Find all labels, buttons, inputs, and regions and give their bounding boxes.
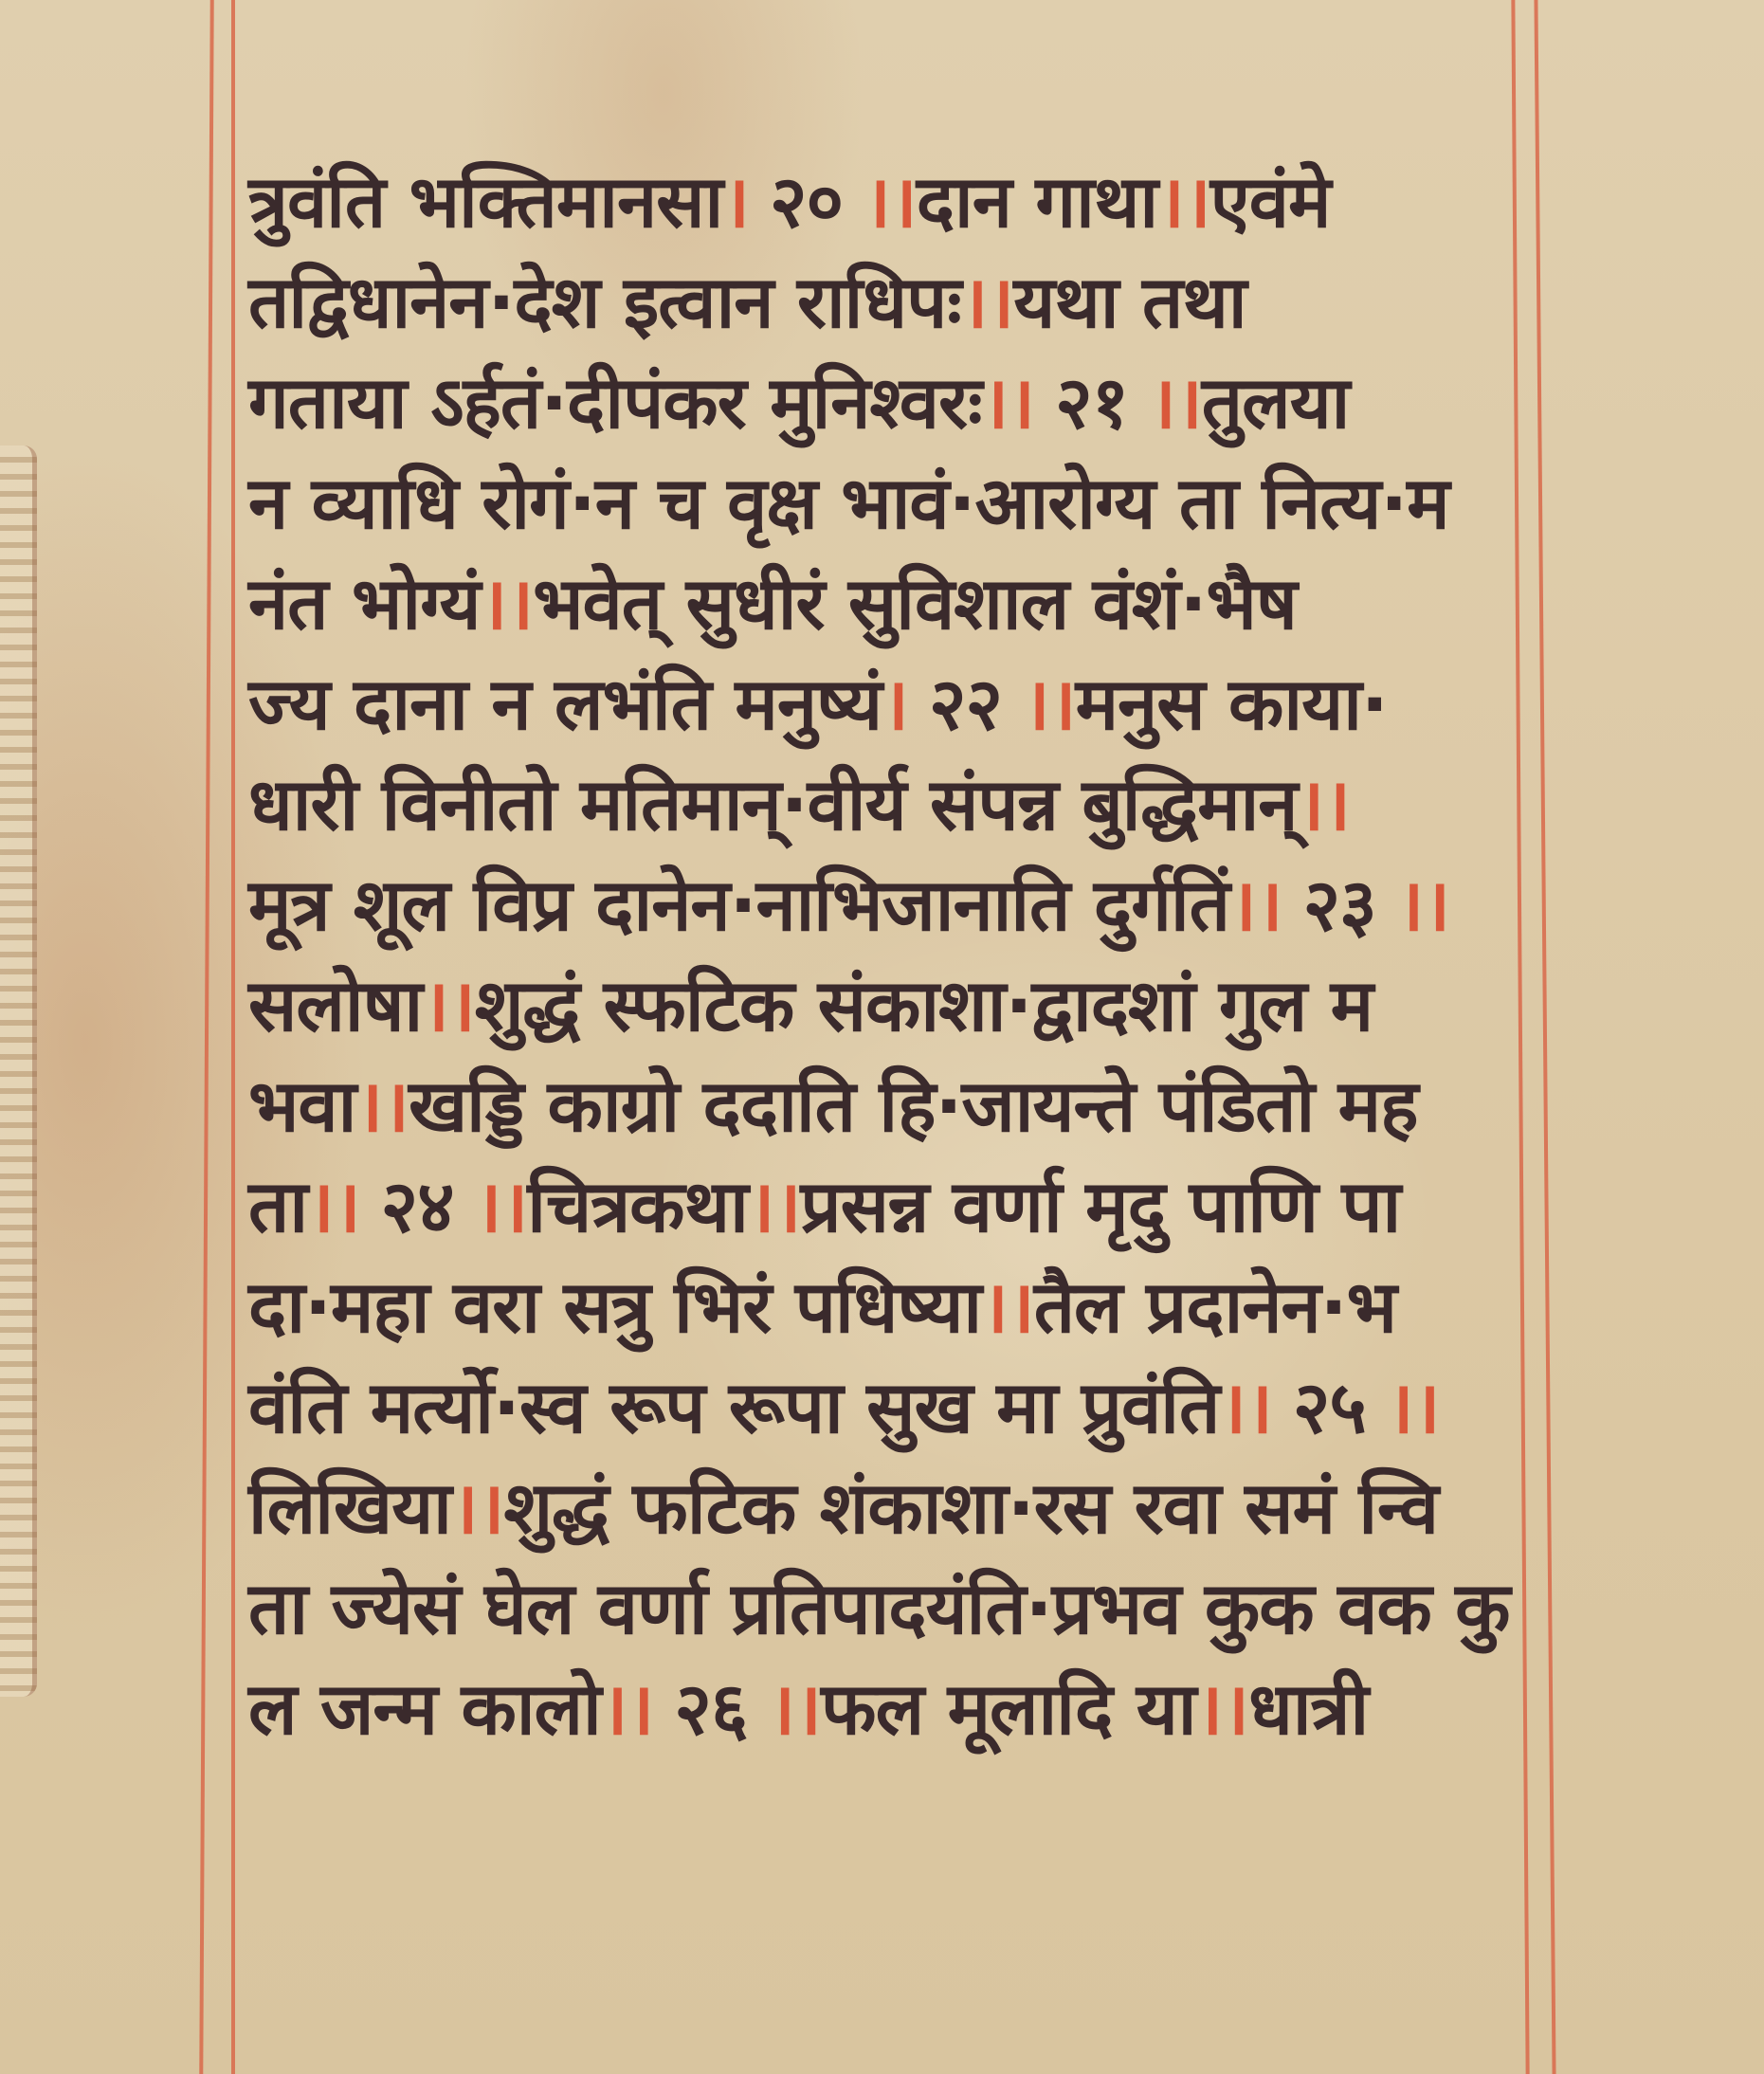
manuscript-line: गताया ऽर्हतं·दीपंकर मुनिश्वरः।।२१।।तुलया (248, 353, 1537, 453)
rubric-danda: ।। (1387, 1365, 1440, 1449)
manuscript-line: सलोषा।।शुद्धं स्फटिक संकाशा·द्वादशां गुल… (248, 955, 1537, 1056)
text-segment: फल मूलादि या (821, 1666, 1196, 1751)
text-segment: त्रुवंति भक्तिमानसा (248, 159, 722, 244)
manuscript-line: लिखिया।।शुद्धं फटिक शंकाशा·रस रवा समं न्… (248, 1458, 1537, 1558)
text-segment: यथा तथा (1013, 260, 1246, 344)
manuscript-line: तद्विधानेन·देश इत्वान राधिपः।।यथा तथा (248, 252, 1537, 353)
text-segment: तद्विधानेन·देश इत्वान राधिपः (248, 260, 961, 344)
rubric-danda: ।। (1219, 1365, 1272, 1449)
binding-string (0, 446, 37, 1697)
rubric-danda: ।। (1023, 662, 1076, 746)
manuscript-line: ता।।२४।।चित्रकथा।।प्रसन्न वर्णा मृदु पाण… (248, 1156, 1537, 1257)
rubric-danda: ।। (1196, 1666, 1249, 1751)
text-segment: शुद्धं फटिक शंकाशा·रस रवा समं न्वि (503, 1465, 1438, 1550)
manuscript-line: भवा।।खड्डि काग्रो ददाति हि·जायन्ते पंडित… (248, 1056, 1537, 1156)
text-segment: वंति मर्त्यो·स्व रूप रूपा सुख मा प्रुवंत… (248, 1365, 1219, 1449)
rubric-danda: ।। (768, 1666, 821, 1751)
text-segment: ज्य दाना न लभंति मनुष्यं (248, 662, 882, 746)
text-segment: शुद्धं स्फटिक संकाशा·द्वादशां गुल म (475, 963, 1373, 1047)
text-segment: ता ज्येसं घेल वर्णा प्रतिपादयंति·प्रभव क… (248, 1566, 1510, 1650)
text-segment: तैल प्रदानेन·भ (1034, 1264, 1396, 1349)
text-segment: ता (248, 1164, 307, 1248)
verse-number: २० (770, 159, 843, 244)
manuscript-line: वंति मर्त्यो·स्व रूप रूपा सुख मा प्रुवंत… (248, 1357, 1537, 1458)
verse-number: २१ (1055, 360, 1128, 445)
rubric-danda: । (722, 159, 749, 244)
rubric-danda: ।। (475, 1164, 528, 1248)
verse-number: २६ (674, 1666, 747, 1751)
text-segment: नंत भोग्यं (248, 561, 481, 646)
rubric-danda: ।। (1149, 360, 1202, 445)
manuscript-line: मूत्र शूल विप्र दानेन·नाभिजानाति दुर्गति… (248, 855, 1537, 955)
manuscript-line: ल जन्म कालो।।२६।।फल मूलादि या।।धात्री (248, 1659, 1537, 1759)
text-segment: प्रसन्न वर्णा मृदु पाणि पा (800, 1164, 1400, 1248)
text-segment: सलोषा (248, 963, 422, 1047)
rubric-danda: । (882, 662, 908, 746)
verse-number: २२ (929, 662, 1002, 746)
text-segment: चित्रकथा (527, 1164, 748, 1248)
rubric-danda: ।। (1397, 863, 1450, 947)
text-segment: धारी विनीतो मतिमान्·वीर्य संपन्न बुद्धिम… (248, 762, 1297, 846)
rubric-danda: ।। (451, 1465, 504, 1550)
rubric-danda: ।। (422, 963, 475, 1047)
rubric-danda: ।। (961, 260, 1014, 344)
rubric-danda: ।। (1229, 863, 1282, 947)
text-segment: लिखिया (248, 1465, 451, 1550)
rubric-danda: ।। (355, 1064, 409, 1148)
text-segment: खड्डि काग्रो ददाति हि·जायन्ते पंडितो मह (409, 1064, 1417, 1148)
text-segment: मनुस काया· (1076, 662, 1388, 746)
rubric-danda: ।। (481, 561, 534, 646)
text-segment: न व्याधि रोगं·न च वृक्ष भावं·आरोग्य ता न… (248, 461, 1449, 545)
text-segment: ल जन्म कालो (248, 1666, 601, 1751)
rubric-danda: ।। (981, 360, 1034, 445)
left-margin-rule-outer (199, 0, 213, 2074)
text-segment: एवंमे (1210, 159, 1331, 244)
rubric-danda: ।। (601, 1666, 654, 1751)
manuscript-line: ता ज्येसं घेल वर्णा प्रतिपादयंति·प्रभव क… (248, 1558, 1537, 1659)
text-segment: तुलया (1202, 360, 1350, 445)
verse-number: २३ (1303, 863, 1376, 947)
left-margin-rule-inner (231, 0, 235, 2074)
manuscript-text-block: त्रुवंति भक्तिमानसा।२०।।दान गाथा।।एवंमेत… (248, 152, 1537, 1759)
text-segment: गताया ऽर्हतं·दीपंकर मुनिश्वरः (248, 360, 981, 445)
verse-number: २५ (1293, 1365, 1366, 1449)
text-segment: मूत्र शूल विप्र दानेन·नाभिजानाति दुर्गति… (248, 863, 1229, 947)
manuscript-folio: त्रुवंति भक्तिमानसा।२०।।दान गाथा।।एवंमेत… (0, 0, 1764, 2074)
rubric-danda: ।। (1297, 762, 1350, 846)
text-segment: दान गाथा (917, 159, 1157, 244)
rubric-danda: ।। (748, 1164, 801, 1248)
rubric-danda: ।। (981, 1264, 1034, 1349)
manuscript-line: धारी विनीतो मतिमान्·वीर्य संपन्न बुद्धिम… (248, 755, 1537, 855)
rubric-danda: ।। (307, 1164, 360, 1248)
verse-number: २४ (381, 1164, 454, 1248)
manuscript-line: ज्य दाना न लभंति मनुष्यं।२२।।मनुस काया· (248, 654, 1537, 755)
manuscript-line: दा·महा वरा सत्रु भिरं पधिष्या।।तैल प्रदा… (248, 1257, 1537, 1357)
text-segment: भवा (248, 1064, 355, 1148)
text-segment: भवेत् सुधीरं सुविशाल वंशं·भैष (533, 561, 1297, 646)
manuscript-line: नंत भोग्यं।।भवेत् सुधीरं सुविशाल वंशं·भै… (248, 554, 1537, 654)
text-segment: धात्री (1248, 1666, 1368, 1751)
text-segment: दा·महा वरा सत्रु भिरं पधिष्या (248, 1264, 981, 1349)
rubric-danda: ।। (1157, 159, 1210, 244)
manuscript-line: न व्याधि रोगं·न च वृक्ष भावं·आरोग्य ता न… (248, 453, 1537, 554)
manuscript-line: त्रुवंति भक्तिमानसा।२०।।दान गाथा।।एवंमे (248, 152, 1537, 252)
rubric-danda: ।। (864, 159, 917, 244)
